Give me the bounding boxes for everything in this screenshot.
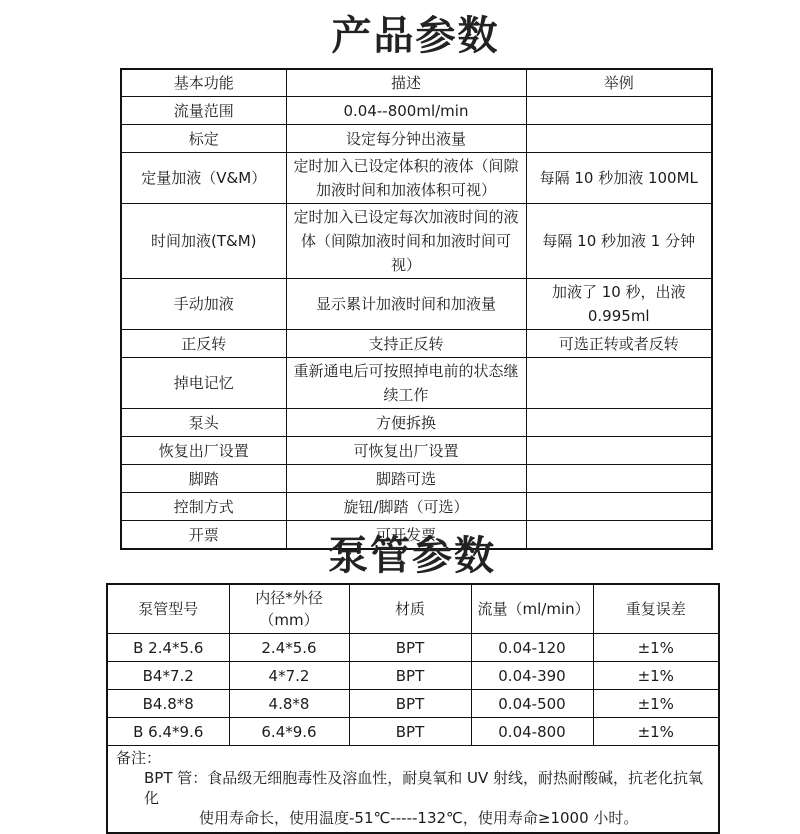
header-material: 材质 <box>349 584 471 634</box>
header-flow: 流量（ml/min） <box>471 584 593 634</box>
tube-row: B 2.4*5.6 2.4*5.6 BPT 0.04-120 ±1% <box>107 634 719 662</box>
table-row-volume-dosing: 定量加液（V&M） 定时加入已设定体积的液体（间隙加液时间和加液体积可视） 每隔… <box>121 153 712 204</box>
example-cell <box>526 97 712 125</box>
table-row-pump-head: 泵头 方便拆换 <box>121 409 712 437</box>
tube-row: B4.8*8 4.8*8 BPT 0.04-500 ±1% <box>107 690 719 718</box>
table-row-flow-range: 流量范围 0.04--800ml/min <box>121 97 712 125</box>
diameter-cell: 4*7.2 <box>229 662 349 690</box>
remarks-cell: 备注： BPT 管：食品级无细胞毒性及溶血性，耐臭氧和 UV 射线，耐热耐酸碱，… <box>107 746 719 834</box>
feature-cell: 标定 <box>121 125 286 153</box>
header-description: 描述 <box>286 69 526 97</box>
note-row: 备注： BPT 管：食品级无细胞毒性及溶血性，耐臭氧和 UV 射线，耐热耐酸碱，… <box>107 746 719 834</box>
model-cell: B4*7.2 <box>107 662 229 690</box>
feature-cell: 掉电记忆 <box>121 358 286 409</box>
remarks-line1: BPT 管：食品级无细胞毒性及溶血性，耐臭氧和 UV 射线，耐热耐酸碱，抗老化抗… <box>114 768 712 808</box>
table-row-power-memory: 掉电记忆 重新通电后可按照掉电前的状态继续工作 <box>121 358 712 409</box>
table-row-forward-reverse: 正反转 支持正反转 可选正转或者反转 <box>121 330 712 358</box>
tube-params-title: 泵管参数 <box>106 524 718 581</box>
error-cell: ±1% <box>593 662 719 690</box>
feature-cell: 定量加液（V&M） <box>121 153 286 204</box>
flow-cell: 0.04-390 <box>471 662 593 690</box>
example-cell <box>526 493 712 521</box>
model-cell: B4.8*8 <box>107 690 229 718</box>
material-cell: BPT <box>349 718 471 746</box>
feature-cell: 流量范围 <box>121 97 286 125</box>
header-basic-function: 基本功能 <box>121 69 286 97</box>
example-cell <box>526 358 712 409</box>
tube-row: B4*7.2 4*7.2 BPT 0.04-390 ±1% <box>107 662 719 690</box>
flow-cell: 0.04-500 <box>471 690 593 718</box>
material-cell: BPT <box>349 634 471 662</box>
tube-row: B 6.4*9.6 6.4*9.6 BPT 0.04-800 ±1% <box>107 718 719 746</box>
product-table-header-row: 基本功能 描述 举例 <box>121 69 712 97</box>
model-cell: B 6.4*9.6 <box>107 718 229 746</box>
table-row-manual-dosing: 手动加液 显示累计加液时间和加液量 加液了 10 秒，出液 0.995ml <box>121 279 712 330</box>
example-cell: 加液了 10 秒，出液 0.995ml <box>526 279 712 330</box>
description-cell: 可恢复出厂设置 <box>286 437 526 465</box>
header-example: 举例 <box>526 69 712 97</box>
feature-cell: 控制方式 <box>121 493 286 521</box>
diameter-cell: 2.4*5.6 <box>229 634 349 662</box>
example-cell: 可选正转或者反转 <box>526 330 712 358</box>
example-cell <box>526 437 712 465</box>
header-diameter: 内径*外径 （mm） <box>229 584 349 634</box>
remarks-line2: 使用寿命长，使用温度-51℃-----132℃，使用寿命≥1000 小时。 <box>114 808 712 828</box>
description-cell: 旋钮/脚踏（可选） <box>286 493 526 521</box>
diameter-cell: 4.8*8 <box>229 690 349 718</box>
description-cell: 定时加入已设定每次加液时间的液体（间隙加液时间和加液时间可视） <box>286 204 526 279</box>
feature-cell: 恢复出厂设置 <box>121 437 286 465</box>
header-diameter-line2: （mm） <box>236 609 343 631</box>
description-cell: 设定每分钟出液量 <box>286 125 526 153</box>
product-params-title: 产品参数 <box>120 4 711 61</box>
flow-cell: 0.04-120 <box>471 634 593 662</box>
table-row-foot-pedal: 脚踏 脚踏可选 <box>121 465 712 493</box>
example-cell <box>526 409 712 437</box>
material-cell: BPT <box>349 662 471 690</box>
tube-params-table: 泵管型号 内径*外径 （mm） 材质 流量（ml/min） 重复误差 B 2.4… <box>106 583 720 834</box>
example-cell <box>526 465 712 493</box>
feature-cell: 脚踏 <box>121 465 286 493</box>
example-cell <box>526 125 712 153</box>
header-repeat-error: 重复误差 <box>593 584 719 634</box>
material-cell: BPT <box>349 690 471 718</box>
description-cell: 脚踏可选 <box>286 465 526 493</box>
feature-cell: 手动加液 <box>121 279 286 330</box>
error-cell: ±1% <box>593 634 719 662</box>
description-cell: 0.04--800ml/min <box>286 97 526 125</box>
header-tube-model: 泵管型号 <box>107 584 229 634</box>
flow-cell: 0.04-800 <box>471 718 593 746</box>
diameter-cell: 6.4*9.6 <box>229 718 349 746</box>
header-diameter-line1: 内径*外径 <box>236 587 343 609</box>
remarks-label: 备注： <box>114 748 712 768</box>
error-cell: ±1% <box>593 690 719 718</box>
tube-table-header-row: 泵管型号 内径*外径 （mm） 材质 流量（ml/min） 重复误差 <box>107 584 719 634</box>
table-row-factory-reset: 恢复出厂设置 可恢复出厂设置 <box>121 437 712 465</box>
table-row-calibration: 标定 设定每分钟出液量 <box>121 125 712 153</box>
error-cell: ±1% <box>593 718 719 746</box>
feature-cell: 泵头 <box>121 409 286 437</box>
feature-cell: 时间加液(T&M) <box>121 204 286 279</box>
example-cell: 每隔 10 秒加液 100ML <box>526 153 712 204</box>
model-cell: B 2.4*5.6 <box>107 634 229 662</box>
description-cell: 显示累计加液时间和加液量 <box>286 279 526 330</box>
description-cell: 方便拆换 <box>286 409 526 437</box>
description-cell: 支持正反转 <box>286 330 526 358</box>
product-params-table: 基本功能 描述 举例 流量范围 0.04--800ml/min 标定 设定每分钟… <box>120 68 713 550</box>
description-cell: 定时加入已设定体积的液体（间隙加液时间和加液体积可视） <box>286 153 526 204</box>
example-cell: 每隔 10 秒加液 1 分钟 <box>526 204 712 279</box>
feature-cell: 正反转 <box>121 330 286 358</box>
description-cell: 重新通电后可按照掉电前的状态继续工作 <box>286 358 526 409</box>
table-row-control-mode: 控制方式 旋钮/脚踏（可选） <box>121 493 712 521</box>
table-row-time-dosing: 时间加液(T&M) 定时加入已设定每次加液时间的液体（间隙加液时间和加液时间可视… <box>121 204 712 279</box>
